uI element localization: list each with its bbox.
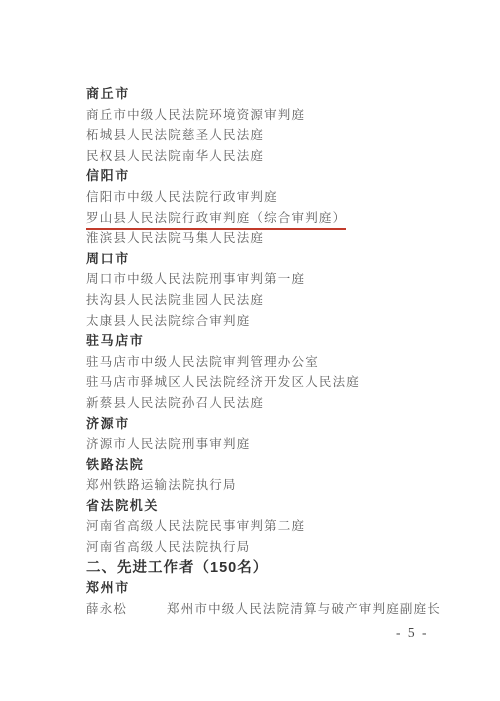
court-entry-highlighted: 罗山县人民法院行政审判庭（综合审判庭） — [86, 208, 441, 229]
document-page: 商丘市商丘市中级人民法院环境资源审判庭柘城县人民法院慈圣人民法庭民权县人民法院南… — [0, 0, 500, 701]
court-entry: 周口市中级人民法院刑事审判第一庭 — [86, 269, 441, 290]
city-heading: 信阳市 — [86, 166, 441, 187]
court-entry: 驻马店市中级人民法院审判管理办公室 — [86, 352, 441, 373]
red-underlined-text: 罗山县人民法院行政审判庭（综合审判庭） — [86, 210, 346, 230]
city-heading: 郑州市 — [86, 578, 441, 599]
page-number: - 5 - — [396, 625, 429, 641]
city-heading: 周口市 — [86, 249, 441, 270]
court-entry: 河南省高级人民法院执行局 — [86, 537, 441, 558]
city-heading: 铁路法院 — [86, 455, 441, 476]
court-entry: 驻马店市驿城区人民法院经济开发区人民法庭 — [86, 372, 441, 393]
person-title: 郑州市中级人民法院清算与破产审判庭副庭长 — [167, 602, 441, 616]
court-entry: 扶沟县人民法院韭园人民法庭 — [86, 290, 441, 311]
document-body: 商丘市商丘市中级人民法院环境资源审判庭柘城县人民法院慈圣人民法庭民权县人民法院南… — [86, 84, 441, 619]
court-entry: 民权县人民法院南华人民法庭 — [86, 146, 441, 167]
person-row: 薛永松郑州市中级人民法院清算与破产审判庭副庭长 — [86, 599, 441, 620]
court-entry: 新蔡县人民法院孙召人民法庭 — [86, 393, 441, 414]
court-entry: 河南省高级人民法院民事审判第二庭 — [86, 516, 441, 537]
court-entry: 太康县人民法院综合审判庭 — [86, 311, 441, 332]
city-heading: 济源市 — [86, 414, 441, 435]
court-entry: 淮滨县人民法院马集人民法庭 — [86, 228, 441, 249]
court-entry: 商丘市中级人民法院环境资源审判庭 — [86, 105, 441, 126]
city-heading: 省法院机关 — [86, 496, 441, 517]
city-heading: 驻马店市 — [86, 331, 441, 352]
section-heading: 二、先进工作者（150名） — [86, 558, 441, 579]
court-entry: 信阳市中级人民法院行政审判庭 — [86, 187, 441, 208]
person-name: 薛永松 — [86, 599, 167, 620]
court-entry: 柘城县人民法院慈圣人民法庭 — [86, 125, 441, 146]
court-entry: 济源市人民法院刑事审判庭 — [86, 434, 441, 455]
court-entry: 郑州铁路运输法院执行局 — [86, 475, 441, 496]
city-heading: 商丘市 — [86, 84, 441, 105]
